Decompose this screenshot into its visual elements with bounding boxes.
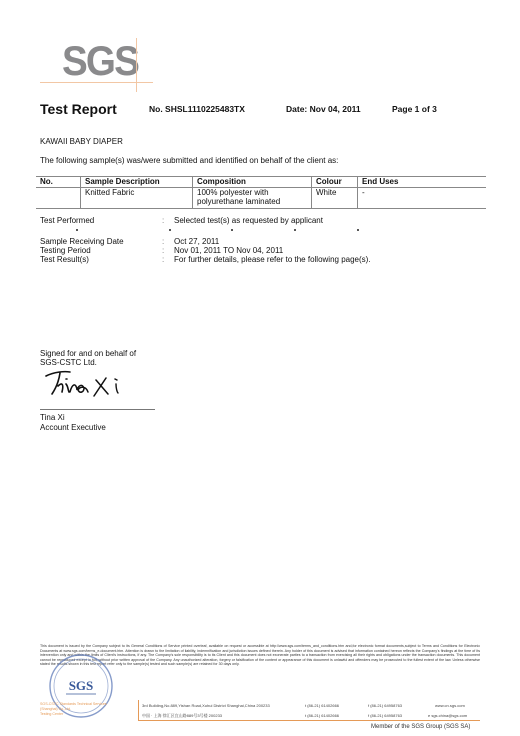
company-footer-name: SGS-CSTC Standards Technical Services (S…: [40, 702, 110, 717]
signed-on-behalf: Signed for and on behalf of SGS-CSTC Ltd…: [40, 349, 136, 367]
cell-end-uses: -: [358, 187, 487, 208]
signer-name: Tina Xi: [40, 413, 106, 423]
stamp-text: SGS: [69, 678, 94, 693]
company-line: SGS-CSTC Standards Technical Services (S…: [40, 702, 110, 712]
info-label: Test Result(s): [40, 255, 89, 265]
cell-colour: White: [312, 187, 358, 208]
cell-description: Knitted Fabric: [81, 187, 193, 208]
col-end-uses: End Uses: [358, 177, 487, 188]
col-composition: Composition: [193, 177, 312, 188]
report-date: Date: Nov 04, 2011: [286, 104, 361, 114]
fax: f (86-21) 64958763: [368, 713, 402, 718]
intro-text: The following sample(s) was/were submitt…: [40, 156, 338, 165]
dot-mark: [76, 229, 78, 231]
member-of-sgs-group: Member of the SGS Group (SGS SA): [371, 724, 470, 730]
col-no: No.: [36, 177, 81, 188]
dot-mark: [231, 229, 233, 231]
dot-mark: [169, 229, 171, 231]
company-line: Testing Center: [40, 712, 110, 717]
info-colon: :: [162, 216, 164, 226]
website-link[interactable]: www.cn.sgs.com: [435, 703, 465, 708]
telephone: t (86-21) 61402666: [305, 703, 339, 708]
logo-vertical-rule: [136, 38, 137, 92]
col-colour: Colour: [312, 177, 358, 188]
dot-mark: [357, 229, 359, 231]
info-colon: :: [162, 255, 164, 265]
dot-mark: [294, 229, 296, 231]
cell-no: [36, 187, 81, 208]
fax: f (86-21) 64958763: [368, 703, 402, 708]
address-chinese: 中国 · 上海 徐汇区宜山路889号3号楼 200233: [142, 713, 222, 719]
signing-company: SGS-CSTC Ltd.: [40, 358, 136, 367]
sgs-logo: SGS: [62, 40, 138, 82]
col-sample-description: Sample Description: [81, 177, 193, 188]
handwritten-signature: [44, 368, 134, 398]
cell-composition: 100% polyester with polyurethane laminat…: [193, 187, 312, 208]
footer-horizontal-rule: [138, 720, 480, 721]
page-indicator: Page 1 of 3: [392, 104, 437, 114]
info-value: Selected test(s) as requested by applica…: [174, 216, 323, 226]
signer-title: Account Executive: [40, 423, 106, 433]
info-label: Test Performed: [40, 216, 94, 226]
signer-block: Tina Xi Account Executive: [40, 413, 106, 433]
info-value: For further details, please refer to the…: [174, 255, 371, 265]
table-row: Knitted Fabric 100% polyester with polyu…: [36, 187, 486, 208]
report-title: Test Report: [40, 101, 117, 117]
samples-table: No. Sample Description Composition Colou…: [36, 176, 486, 209]
table-header-row: No. Sample Description Composition Colou…: [36, 177, 486, 188]
signature-rule: [40, 409, 155, 410]
client-name: KAWAII BABY DIAPER: [40, 137, 123, 146]
email-link[interactable]: e sgs.china@sgs.com: [428, 713, 467, 718]
signed-for-text: Signed for and on behalf of: [40, 349, 136, 358]
footer-vertical-rule: [138, 700, 139, 720]
telephone: t (86-21) 61402666: [305, 713, 339, 718]
address-english: 3rd Building,No.889,Yishan Road,Xuhui Di…: [142, 703, 270, 708]
report-number: No. SHSL1110225483TX: [149, 104, 245, 114]
